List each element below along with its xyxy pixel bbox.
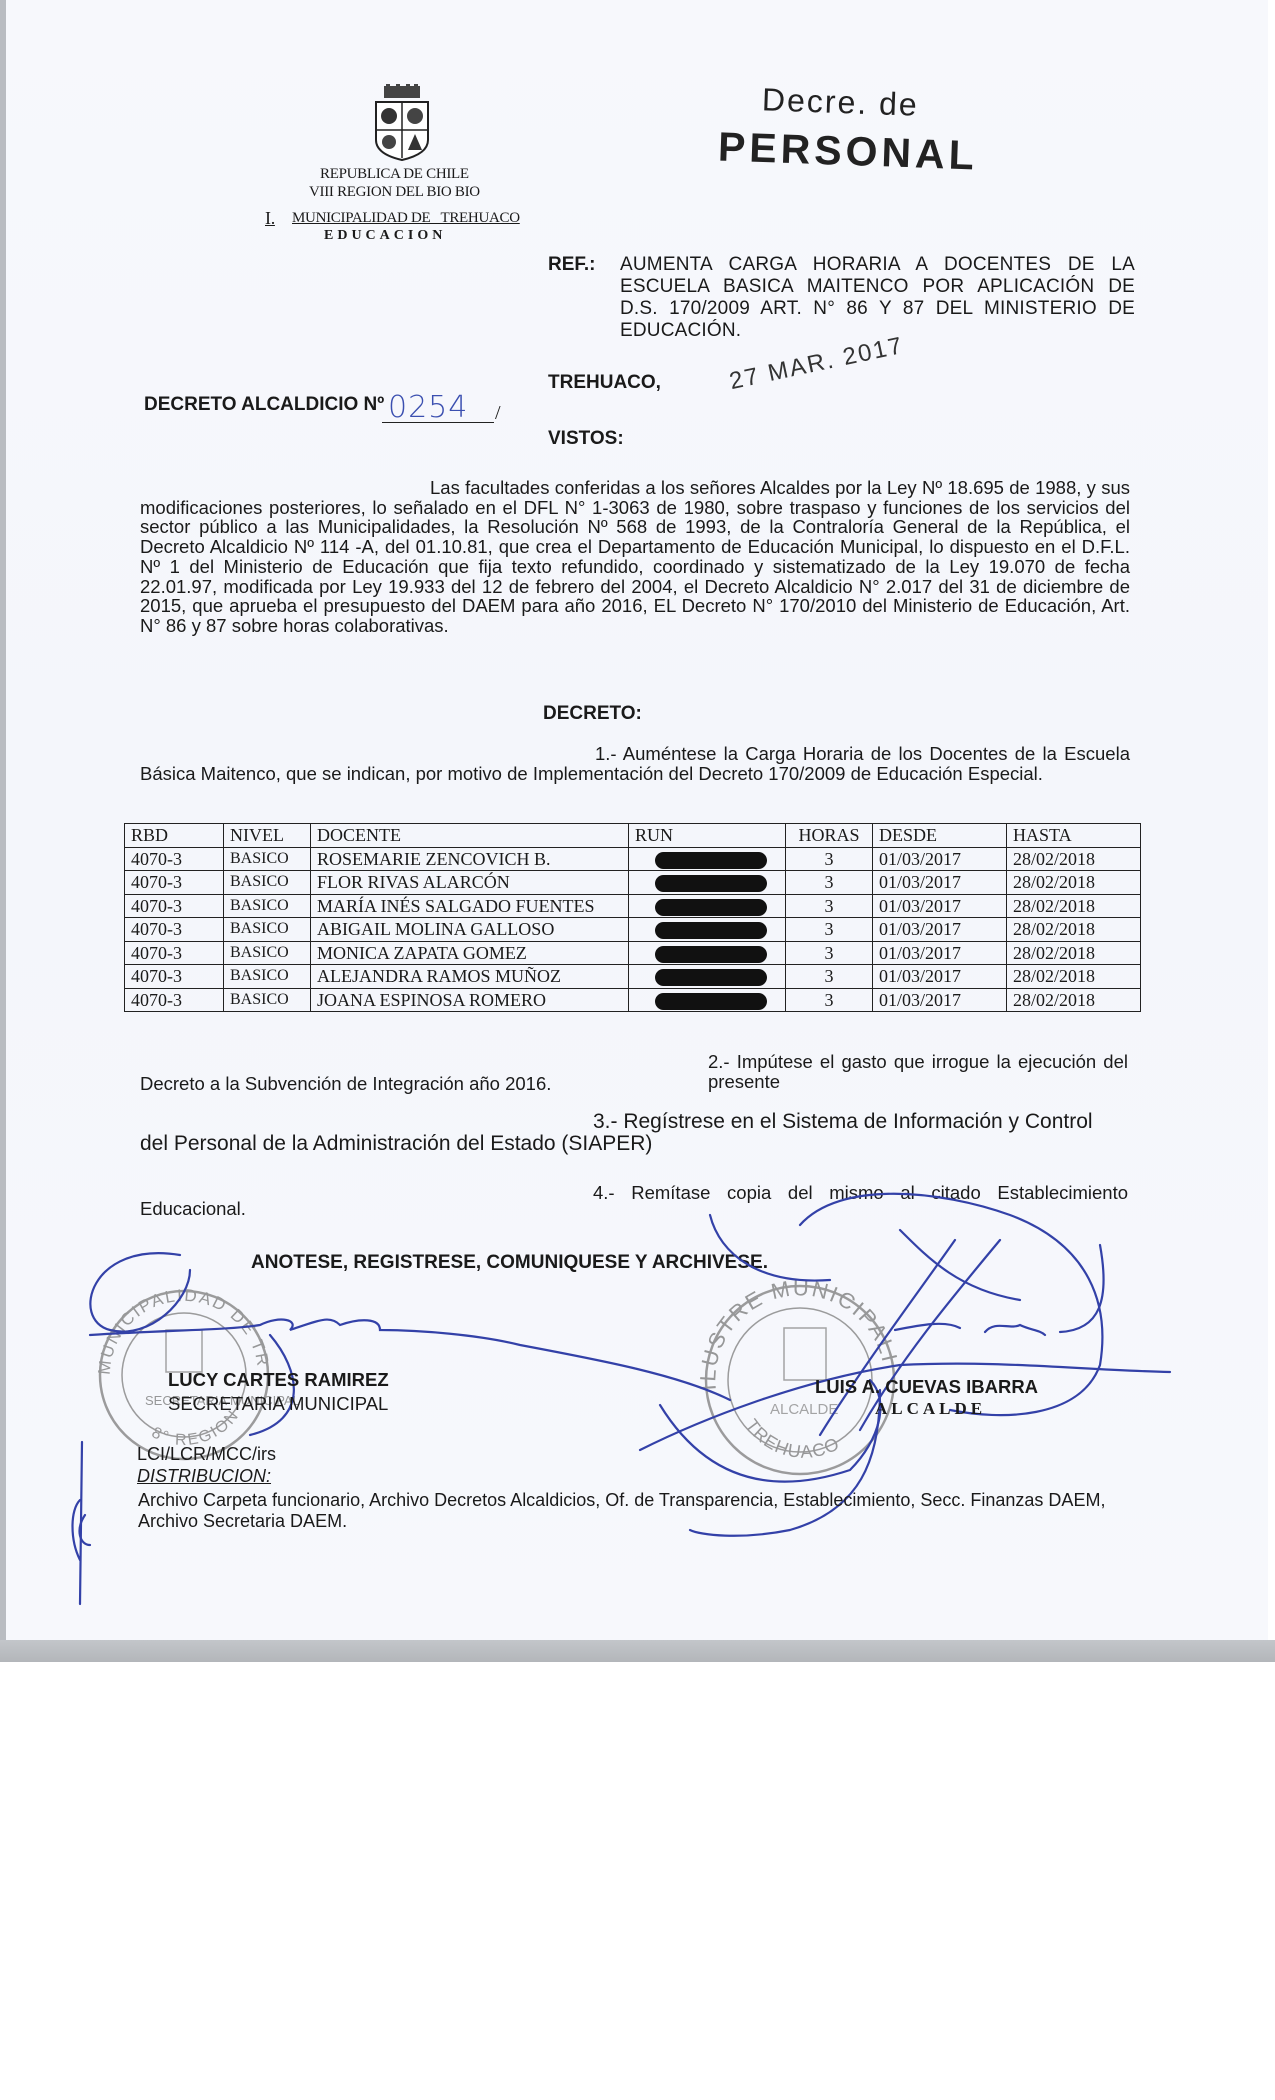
cell-run <box>629 894 786 918</box>
vistos-text: Las facultades conferidas a los señores … <box>140 477 1130 636</box>
cell-desde: 01/03/2017 <box>873 894 1007 918</box>
cell-hasta: 28/02/2018 <box>1007 941 1141 965</box>
table-row: 4070-3BASICOFLOR RIVAS ALARCÓN301/03/201… <box>125 871 1141 895</box>
cell-horas: 3 <box>786 988 873 1012</box>
col-header-desde: DESDE <box>873 824 1007 848</box>
redaction-mark <box>655 969 767 986</box>
decree-number-label: DECRETO ALCALDICIO Nº <box>144 394 384 416</box>
cell-run <box>629 918 786 942</box>
ref-label: REF.: <box>548 254 596 276</box>
decree-number-slash: / <box>495 402 501 425</box>
ref-text: AUMENTA CARGA HORARIA A DOCENTES DE LA E… <box>620 254 1135 342</box>
cell-horas: 3 <box>786 965 873 989</box>
decreto-item-4-rest: Educacional. <box>140 1199 1130 1219</box>
cell-horas: 3 <box>786 941 873 965</box>
cell-hasta: 28/02/2018 <box>1007 847 1141 871</box>
vistos-title: VISTOS: <box>548 428 624 450</box>
cell-docente: ALEJANDRA RAMOS MUÑOZ <box>311 965 629 989</box>
decree-number-underline <box>382 422 494 423</box>
cell-run <box>629 847 786 871</box>
decreto-item-1: 1.- Auméntese la Carga Horaria de los Do… <box>140 744 1130 783</box>
secretary-name: LUCY CARTES RAMIREZ <box>168 1369 389 1391</box>
header-region: VIII REGION DEL BIO BIO <box>309 184 480 201</box>
scan-border-bottom <box>0 1640 1275 1662</box>
cell-desde: 01/03/2017 <box>873 871 1007 895</box>
mayor-name: LUIS A. CUEVAS IBARRA <box>815 1376 1038 1398</box>
cell-horas: 3 <box>786 918 873 942</box>
header-municipality-prefix: I. <box>265 208 275 229</box>
cell-horas: 3 <box>786 871 873 895</box>
redaction-mark <box>655 946 767 963</box>
cell-run <box>629 988 786 1012</box>
cell-docente: ABIGAIL MOLINA GALLOSO <box>311 918 629 942</box>
cell-hasta: 28/02/2018 <box>1007 894 1141 918</box>
cell-docente: JOANA ESPINOSA ROMERO <box>311 988 629 1012</box>
cell-nivel: BASICO <box>224 847 311 871</box>
table-row: 4070-3BASICOJOANA ESPINOSA ROMERO301/03/… <box>125 988 1141 1012</box>
cell-docente: MARÍA INÉS SALGADO FUENTES <box>311 894 629 918</box>
redaction-mark <box>655 899 767 916</box>
cell-docente: MONICA ZAPATA GOMEZ <box>311 941 629 965</box>
coat-of-arms-icon <box>372 84 432 162</box>
col-header-run: RUN <box>629 824 786 848</box>
cell-nivel: BASICO <box>224 988 311 1012</box>
cell-rbd: 4070-3 <box>125 941 224 965</box>
decreto-item-3-rest: del Personal de la Administración del Es… <box>140 1134 1130 1154</box>
stamp-personal: PERSONAL <box>717 123 978 179</box>
cell-nivel: BASICO <box>224 941 311 965</box>
distribution-title: DISTRIBUCION: <box>137 1466 271 1487</box>
cell-rbd: 4070-3 <box>125 871 224 895</box>
table-row: 4070-3BASICOABIGAIL MOLINA GALLOSO301/03… <box>125 918 1141 942</box>
col-header-nivel: NIVEL <box>224 824 311 848</box>
secretary-role: SECRETARIA MUNICIPAL <box>168 1393 388 1415</box>
cell-hasta: 28/02/2018 <box>1007 988 1141 1012</box>
redaction-mark <box>655 993 767 1010</box>
cell-hasta: 28/02/2018 <box>1007 918 1141 942</box>
typist-initials: LCI/LCR/MCC/irs <box>137 1444 276 1465</box>
header-municipality: MUNICIPALIDAD DE TREHUACO <box>292 210 520 227</box>
cell-hasta: 28/02/2018 <box>1007 965 1141 989</box>
vistos-paragraph: Las facultades conferidas a los señores … <box>140 478 1130 636</box>
col-header-rbd: RBD <box>125 824 224 848</box>
cell-hasta: 28/02/2018 <box>1007 871 1141 895</box>
cell-rbd: 4070-3 <box>125 965 224 989</box>
col-header-docente: DOCENTE <box>311 824 629 848</box>
redaction-mark <box>655 875 767 892</box>
closing-formula: ANOTESE, REGISTRESE, COMUNIQUESE Y ARCHI… <box>251 1252 768 1274</box>
distribution-list: Archivo Carpeta funcionario, Archivo Dec… <box>138 1490 1138 1532</box>
table-header-row: RBD NIVEL DOCENTE RUN HORAS DESDE HASTA <box>125 824 1141 848</box>
decree-number-handwritten: 0254 <box>388 390 468 425</box>
cell-run <box>629 965 786 989</box>
redaction-mark <box>655 922 767 939</box>
cell-desde: 01/03/2017 <box>873 941 1007 965</box>
cell-rbd: 4070-3 <box>125 988 224 1012</box>
table-row: 4070-3BASICOROSEMARIE ZENCOVICH B.301/03… <box>125 847 1141 871</box>
header-country: REPUBLICA DE CHILE <box>320 166 469 183</box>
table-row: 4070-3BASICOMARÍA INÉS SALGADO FUENTES30… <box>125 894 1141 918</box>
col-header-horas: HORAS <box>786 824 873 848</box>
cell-nivel: BASICO <box>224 894 311 918</box>
cell-rbd: 4070-3 <box>125 847 224 871</box>
cell-rbd: 4070-3 <box>125 894 224 918</box>
stamp-decre-de: Decre. de <box>761 81 919 123</box>
cell-docente: ROSEMARIE ZENCOVICH B. <box>311 847 629 871</box>
cell-docente: FLOR RIVAS ALARCÓN <box>311 871 629 895</box>
cell-desde: 01/03/2017 <box>873 918 1007 942</box>
cell-rbd: 4070-3 <box>125 918 224 942</box>
cell-horas: 3 <box>786 847 873 871</box>
decreto-item-3-first: 3.- Regístrese en el Sistema de Informac… <box>593 1112 1128 1132</box>
cell-desde: 01/03/2017 <box>873 988 1007 1012</box>
cell-horas: 3 <box>786 894 873 918</box>
teachers-table: RBD NIVEL DOCENTE RUN HORAS DESDE HASTA … <box>124 823 1141 1012</box>
cell-nivel: BASICO <box>224 918 311 942</box>
cell-nivel: BASICO <box>224 965 311 989</box>
redaction-mark <box>655 852 767 869</box>
location: TREHUACO, <box>548 372 661 394</box>
cell-desde: 01/03/2017 <box>873 965 1007 989</box>
cell-desde: 01/03/2017 <box>873 847 1007 871</box>
header-department: EDUCACION <box>324 228 446 244</box>
decreto-title: DECRETO: <box>543 703 642 725</box>
decreto-item-2-rest: Decreto a la Subvención de Integración a… <box>140 1074 1130 1094</box>
cell-nivel: BASICO <box>224 871 311 895</box>
mayor-role: ALCALDE <box>875 1399 986 1419</box>
table-row: 4070-3BASICOMONICA ZAPATA GOMEZ301/03/20… <box>125 941 1141 965</box>
table-row: 4070-3BASICOALEJANDRA RAMOS MUÑOZ301/03/… <box>125 965 1141 989</box>
col-header-hasta: HASTA <box>1007 824 1141 848</box>
cell-run <box>629 941 786 965</box>
cell-run <box>629 871 786 895</box>
